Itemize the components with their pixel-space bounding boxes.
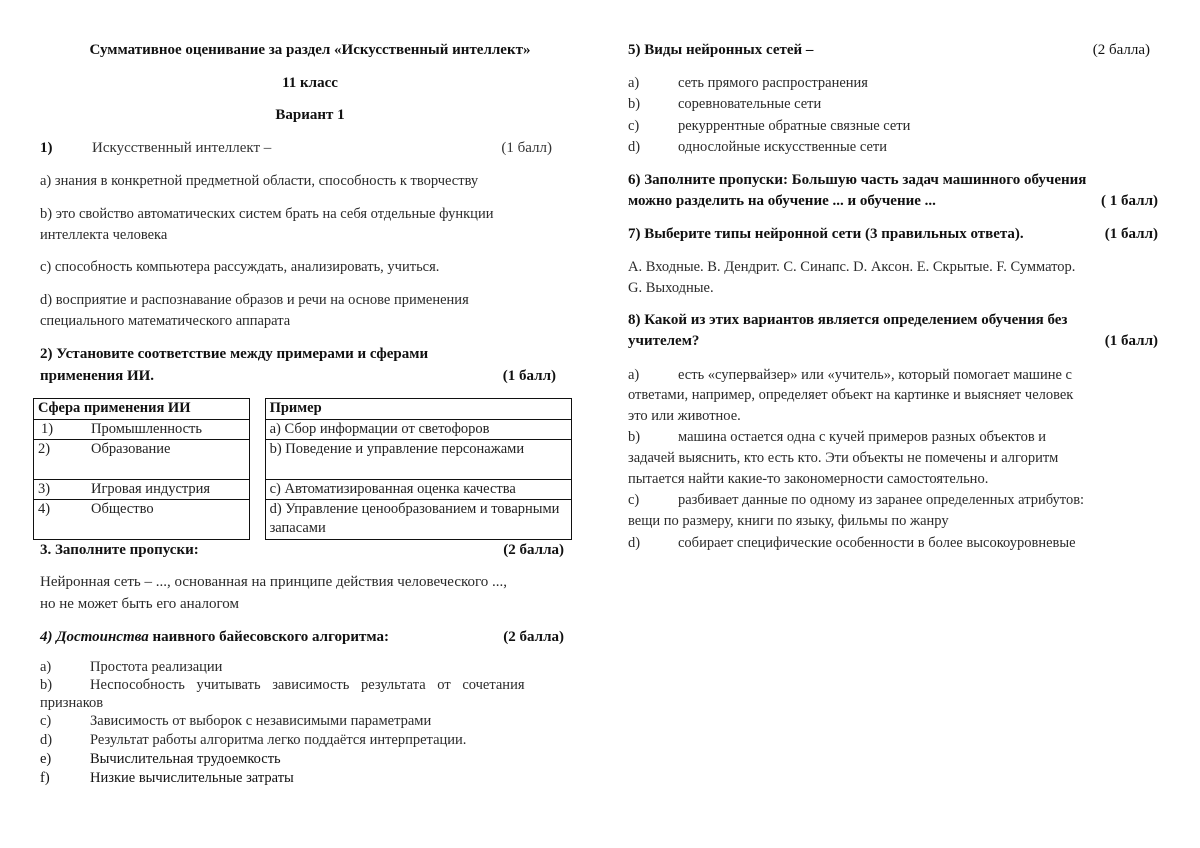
question-2-header: применения ИИ. (1 балл) <box>40 368 556 385</box>
question-1-option-b-cont: интеллекта человека <box>40 227 167 244</box>
question-8-points: (1 балл) <box>1105 333 1158 350</box>
question-7-header: 7) Выберите типы нейронной сети (3 прави… <box>628 226 1158 243</box>
question-2-line1: 2) Установите соответствие между примера… <box>40 346 428 363</box>
question-6-points: ( 1 балл) <box>1101 193 1158 210</box>
question-4-option-a: a)Простота реализации <box>40 659 222 676</box>
question-3-line1: Нейронная сеть – ..., основанная на прин… <box>40 574 507 591</box>
question-8-option-b-cont1: задачей выяснить, кто есть кто. Эти объе… <box>628 450 1058 467</box>
question-7-options-line1: A. Входные. B. Дендрит. C. Синапс. D. Ак… <box>628 259 1075 276</box>
question-8-option-c-cont1: вещи по размеру, книги по языку, фильмы … <box>628 513 949 530</box>
table-spacer <box>250 399 265 420</box>
question-8-option-b: b)машина остается одна с кучей примеров … <box>628 429 1046 446</box>
question-4-header: 4) Достоинства наивного байесовского алг… <box>40 629 564 646</box>
question-2-line2: применения ИИ. <box>40 368 154 385</box>
question-6-line1: 6) Заполните пропуски: Большую часть зад… <box>628 172 1086 189</box>
question-1-points: (1 балл) <box>501 140 552 157</box>
question-3-line2: но не может быть его аналогом <box>40 596 239 613</box>
question-5-header: 5) Виды нейронных сетей – (2 балла) <box>628 42 1150 59</box>
question-5-points: (2 балла) <box>1093 42 1150 59</box>
question-4-option-d: d)Результат работы алгоритма легко подда… <box>40 732 466 749</box>
question-5-title: 5) Виды нейронных сетей – <box>628 42 813 59</box>
question-4-option-e: e)Вычислительная трудоемкость <box>40 751 281 768</box>
question-5-option-d: d)однослойные искусственные сети <box>628 139 887 156</box>
question-3-points: (2 балла) <box>503 542 564 559</box>
question-1-option-d: d) восприятие и распознавание образов и … <box>40 292 469 309</box>
matching-table: Сфера применения ИИ Пример 1)Промышленно… <box>33 398 572 540</box>
question-5-option-c: c)рекуррентные обратные связные сети <box>628 118 910 135</box>
table-row: 2)Образование b) Поведение и управление … <box>34 440 572 480</box>
document-page: Суммативное оценивание за раздел «Искусс… <box>0 0 1200 848</box>
question-1-option-d-cont: специального математического аппарата <box>40 313 290 330</box>
question-1-header: 1)Искусственный интеллект – (1 балл) <box>40 140 552 157</box>
question-8-option-a-cont1: ответами, например, определяет объект на… <box>628 387 1073 404</box>
question-8-option-b-cont2: пытается найти какие-то закономерности с… <box>628 471 988 488</box>
question-1-option-c: c) способность компьютера рассуждать, ан… <box>40 259 439 276</box>
question-4-option-b-cont: признаков <box>40 695 103 712</box>
grade-label: 11 класс <box>30 75 590 92</box>
table-header-sphere: Сфера применения ИИ <box>34 399 250 420</box>
question-8-header: учителем? (1 балл) <box>628 333 1158 350</box>
question-4-option-c: c)Зависимость от выборок с независимыми … <box>40 713 431 730</box>
table-row: 1)Промышленность a) Сбор информации от с… <box>34 420 572 440</box>
question-4-title-italic: 4) Достоинства <box>40 629 149 645</box>
question-1-option-a: a) знания в конкретной предметной област… <box>40 173 478 190</box>
question-2-points: (1 балл) <box>503 368 556 385</box>
question-5-option-b: b)соревновательные сети <box>628 96 821 113</box>
table-row: 3)Игровая индустрия c) Автоматизированна… <box>34 480 572 500</box>
question-8-line1: 8) Какой из этих вариантов является опре… <box>628 312 1067 329</box>
question-4-option-f: f)Низкие вычислительные затраты <box>40 770 294 787</box>
question-4-title: наивного байесовского алгоритма: <box>149 629 389 645</box>
table-header-example: Пример <box>265 399 571 420</box>
question-8-option-a: a)есть «супервайзер» или «учитель», кото… <box>628 367 1072 384</box>
question-1-text: Искусственный интеллект – <box>92 140 271 156</box>
question-3-header: 3. Заполните пропуски: (2 балла) <box>40 542 564 559</box>
question-1-option-b: b) это свойство автоматических систем бр… <box>40 206 493 223</box>
question-1-number: 1) <box>40 140 92 157</box>
question-7-title: 7) Выберите типы нейронной сети (3 прави… <box>628 226 1024 243</box>
question-4-points: (2 балла) <box>503 629 564 646</box>
question-6-header: можно разделить на обучение ... и обучен… <box>628 193 1158 210</box>
question-7-points: (1 балл) <box>1105 226 1158 243</box>
question-6-line2: можно разделить на обучение ... и обучен… <box>628 193 936 210</box>
question-5-option-a: a)сеть прямого распространения <box>628 75 868 92</box>
question-8-option-c: c)разбивает данные по одному из заранее … <box>628 492 1084 509</box>
question-8-option-d: d)собирает специфические особенности в б… <box>628 535 1076 552</box>
document-title: Суммативное оценивание за раздел «Искусс… <box>30 42 590 59</box>
question-8-line2: учителем? <box>628 333 699 350</box>
variant-label: Вариант 1 <box>30 107 590 124</box>
question-8-option-a-cont2: это или животное. <box>628 408 741 425</box>
question-7-options-line2: G. Выходные. <box>628 280 714 297</box>
table-row: 4)Общество d) Управление ценообразование… <box>34 500 572 540</box>
question-4-option-b: b)Неспособность учитывать зависимость ре… <box>40 677 580 694</box>
question-3-title: 3. Заполните пропуски: <box>40 542 199 559</box>
